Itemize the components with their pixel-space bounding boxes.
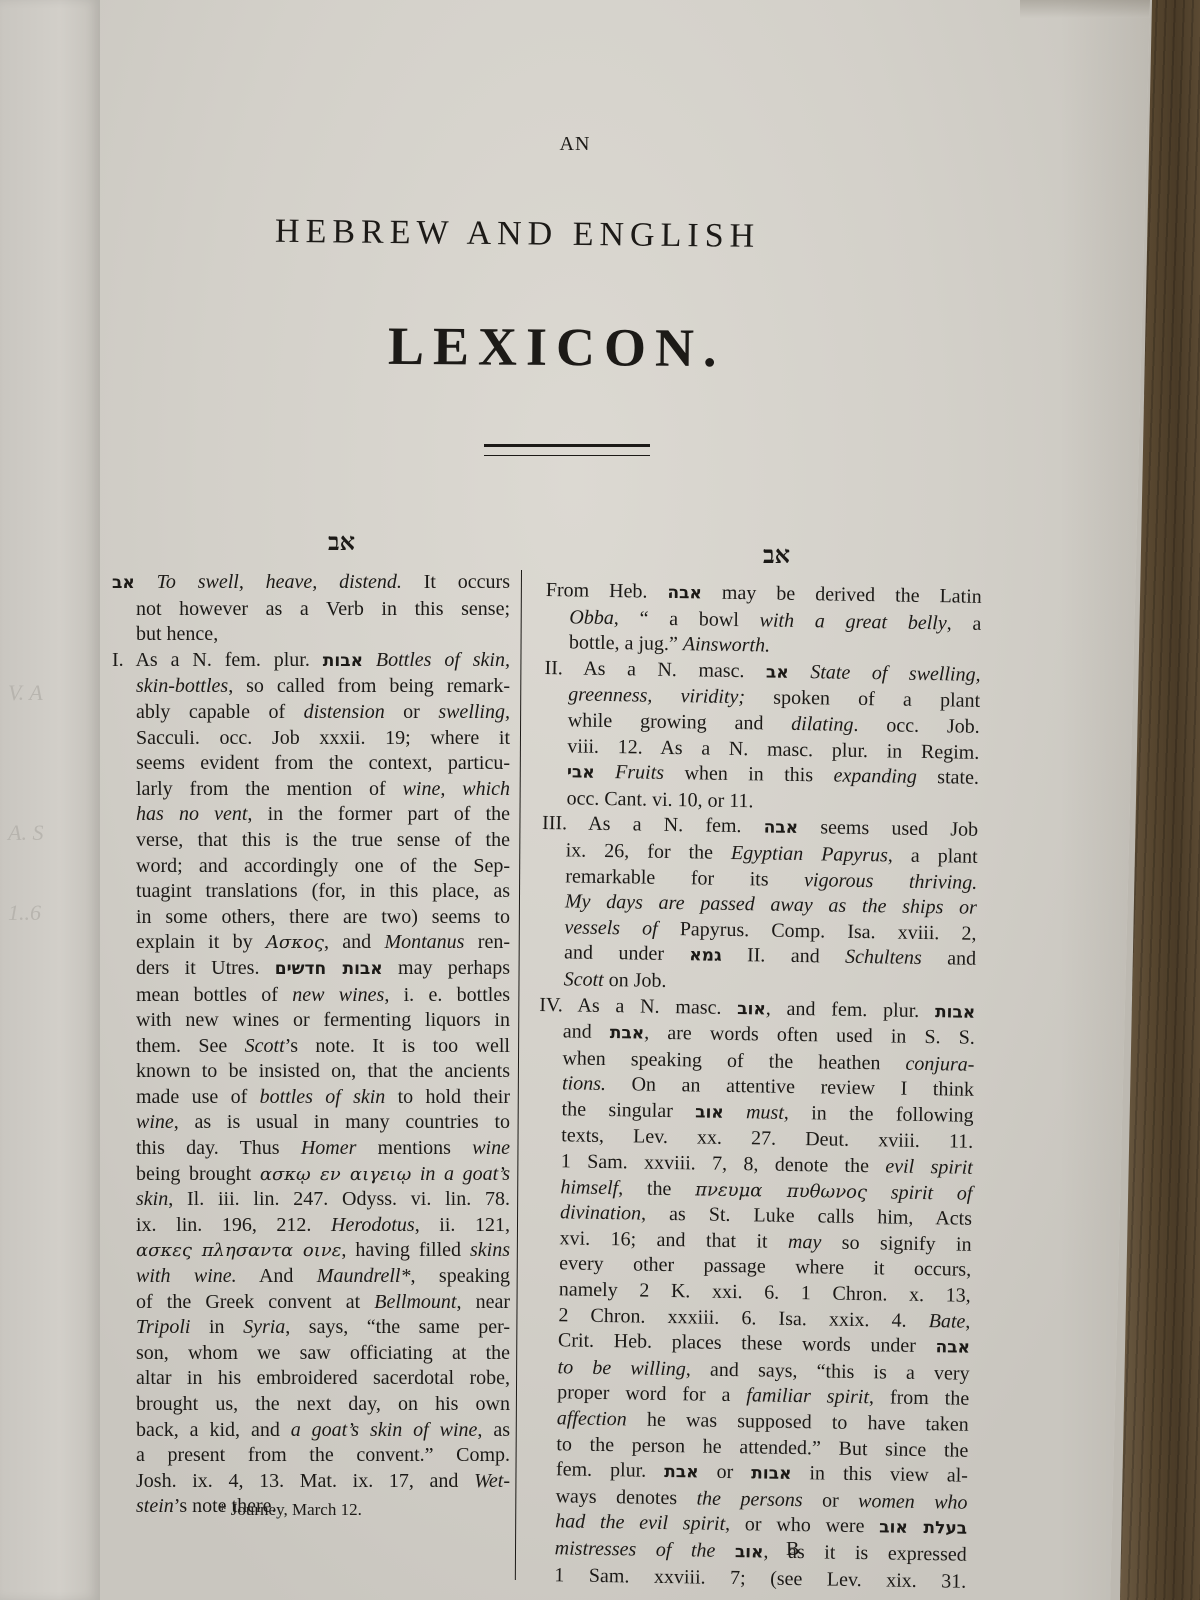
italic-text: Ainsworth. xyxy=(683,633,771,656)
roman-text: every other passage where it occurs, xyxy=(559,1253,971,1281)
hebrew-word: אבת xyxy=(610,1023,645,1044)
italic-text: with a great belly xyxy=(759,609,946,634)
roman-text: remarkable for its xyxy=(565,865,804,891)
roman-text: spoken of a plant xyxy=(745,687,980,713)
text-line: אב To swell, heave, distend. It occurs xyxy=(112,570,510,597)
roman-text: , a plant xyxy=(888,844,978,867)
roman-text: IV. As a N. masc. xyxy=(539,993,737,1018)
italic-text: Maundrell* xyxy=(317,1265,411,1287)
italic-text: Scott xyxy=(564,968,604,991)
italic-text: wine, which xyxy=(403,778,510,800)
roman-text xyxy=(363,649,376,671)
roman-text xyxy=(411,1163,420,1185)
roman-text: seems used Job xyxy=(798,816,978,841)
text-line: ders it Utres. אבות חדשים may perhaps xyxy=(112,956,510,983)
text-line: Sacculi. occ. Job xxxii. 19; where it xyxy=(112,726,510,752)
roman-text: Josh. ix. 4, 13. Mat. ix. 17, and xyxy=(136,1470,474,1492)
italic-text: had the evil spirit xyxy=(555,1511,725,1536)
italic-text: vigorous thriving. xyxy=(804,869,977,894)
greek-word: ασκες πλησαντα οινε xyxy=(136,1240,341,1261)
roman-text: , so called from being remark- xyxy=(228,675,510,697)
roman-text: seems evident from the context, particu- xyxy=(136,752,510,774)
italic-text: evil spirit xyxy=(885,1155,973,1178)
text-line: of the Greek convent at Bellmount, near xyxy=(112,1290,510,1316)
right-text-column: From Heb. אבה may be derived the LatinOb… xyxy=(530,578,982,1595)
roman-text: I. As a N. fem. plur. xyxy=(112,649,323,671)
roman-text xyxy=(715,1540,735,1562)
italic-text: skin xyxy=(136,1188,168,1210)
text-line: ix. lin. 196, 212. Herodotus, ii. 121, xyxy=(112,1213,510,1239)
roman-text: tuagint translations (for, in this place… xyxy=(136,880,510,902)
hebrew-word: אבי xyxy=(567,763,595,783)
italic-text: women who xyxy=(858,1490,968,1514)
roman-text: II. and xyxy=(721,944,845,968)
italic-text: with wine. xyxy=(136,1265,237,1287)
roman-text: or xyxy=(385,701,439,723)
italic-text: stein xyxy=(136,1495,174,1517)
italic-text: may xyxy=(788,1231,822,1254)
roman-text: fem. plur. xyxy=(556,1458,665,1482)
italic-text: new wines xyxy=(292,984,384,1006)
italic-text: Bellmount xyxy=(374,1291,456,1313)
italic-text: skin-bottles xyxy=(136,675,228,697)
roman-text: and xyxy=(922,947,977,970)
roman-text: , from the xyxy=(869,1387,970,1411)
roman-text: altar in his embroidered sacerdotal robe… xyxy=(136,1367,510,1389)
italic-text: dilating xyxy=(791,713,854,736)
roman-text: mentions xyxy=(356,1137,472,1159)
roman-text: , or who were xyxy=(725,1513,879,1537)
hebrew-word: אוב xyxy=(737,999,766,1019)
italic-text: distension xyxy=(304,701,385,723)
roman-text: brought us, the next day, on his own xyxy=(136,1393,510,1415)
roman-text: to hold their xyxy=(385,1086,510,1108)
column-divider-rule xyxy=(515,570,522,1580)
italic-text: mistresses of the xyxy=(555,1537,716,1562)
italic-text: conjura- xyxy=(905,1052,974,1075)
roman-text: 1 Sam. xxviii. 7; (see Lev. xix. 31. xyxy=(554,1564,966,1592)
hebrew-word: אבה xyxy=(764,818,799,839)
roman-text: a present from the convent.” Comp. xyxy=(136,1444,510,1466)
italic-text: familiar spirit xyxy=(746,1385,869,1409)
roman-text: explain it by xyxy=(136,931,266,953)
italic-text: expanding xyxy=(833,765,917,788)
roman-text: , and fem. plur. xyxy=(766,997,936,1022)
roman-text xyxy=(867,1181,891,1203)
text-line: with wine. And Maundrell*, speaking xyxy=(112,1264,510,1290)
show-through-text: A. S xyxy=(8,820,43,846)
roman-text: , Il. iii. lin. 247. Odyss. vi. lin. 78. xyxy=(168,1188,510,1210)
text-line: explain it by Aσκος, and Montanus ren- xyxy=(112,930,510,956)
roman-text: known to be insisted on, that the ancien… xyxy=(136,1060,510,1082)
roman-text xyxy=(135,571,157,593)
roman-text: verse, that this is the true sense of th… xyxy=(136,829,510,851)
roman-text: Sacculi. occ. Job xxxii. 19; where it xyxy=(136,727,510,749)
roman-text: viii. 12. As a N. masc. plur. in Regim. xyxy=(567,735,979,763)
roman-text: , and xyxy=(324,931,385,953)
text-line: skin, Il. iii. lin. 247. Odyss. vi. lin.… xyxy=(112,1187,510,1213)
roman-text: 2 Chron. xxxiii. 6. Isa. xxix. 4. xyxy=(558,1304,929,1332)
roman-text: , as St. Luke calls him, Acts xyxy=(641,1203,972,1230)
italic-text: Schultens xyxy=(845,946,922,969)
italic-text: Bate xyxy=(929,1310,966,1333)
show-through-text: V. A xyxy=(8,680,43,706)
text-line: Josh. ix. 4, 13. Mat. ix. 17, and Wet- xyxy=(112,1469,510,1495)
roman-text: with new wines or fermenting liquors in xyxy=(136,1009,510,1031)
roman-text: , says, “the same per- xyxy=(285,1316,510,1338)
italic-text: Homer xyxy=(301,1137,357,1159)
roman-text xyxy=(724,1101,747,1123)
signature-mark: B xyxy=(786,1538,799,1561)
roman-text: to the person he attended.” But since th… xyxy=(556,1433,968,1461)
text-line: in some others, there are two) seems to xyxy=(112,905,510,931)
roman-text: , i. e. bottles xyxy=(384,984,510,1006)
roman-text: larly from the mention of xyxy=(136,778,403,800)
roman-text: this day. Thus xyxy=(136,1137,301,1159)
hebrew-word: גמא xyxy=(689,946,722,967)
text-line: them. See Scott’s note. It is too well xyxy=(112,1034,510,1060)
roman-text: ’s note. It is too well xyxy=(285,1035,510,1057)
roman-text: while growing and xyxy=(568,709,792,735)
text-line: ably capable of distension or swelling, xyxy=(112,700,510,726)
text-line: mean bottles of new wines, i. e. bottles xyxy=(112,983,510,1009)
hebrew-word: אבות xyxy=(935,1002,976,1023)
right-column-running-head: אב xyxy=(763,540,790,570)
roman-text: of the Greek convent at xyxy=(136,1291,374,1313)
italic-text: the persons xyxy=(696,1487,802,1511)
italic-text: My days are passed away as the ships or xyxy=(565,890,977,918)
text-line: son, whom we saw officiating at the xyxy=(112,1341,510,1367)
roman-text: in xyxy=(190,1316,243,1338)
roman-text: and xyxy=(563,1020,610,1043)
roman-text: state. xyxy=(917,766,979,789)
italic-text: swelling, xyxy=(438,701,510,723)
greek-word: ασκῳ εν αιγειῳ xyxy=(260,1164,411,1185)
text-line: seems evident from the context, particu- xyxy=(112,751,510,777)
greek-word: πνευμα πυθωνος xyxy=(695,1179,867,1203)
italic-text: spirit of xyxy=(891,1181,973,1204)
roman-text: the singular xyxy=(561,1098,695,1122)
italic-text: skins xyxy=(470,1239,510,1261)
roman-text: , xyxy=(965,1310,970,1332)
italic-text: Wet- xyxy=(474,1470,510,1492)
text-line: I. As a N. fem. plur. אבות Bottles of sk… xyxy=(112,648,510,675)
italic-text: vessels of xyxy=(564,916,658,939)
text-line: larly from the mention of wine, which xyxy=(112,777,510,803)
roman-text: , are words often used in S. S. xyxy=(644,1022,975,1049)
roman-text: . occ. Job. xyxy=(853,714,980,738)
roman-text: proper word for a xyxy=(557,1382,747,1407)
roman-text: Papyrus. Comp. Isa. xviii. 2, xyxy=(658,918,977,945)
hebrew-word: אוב xyxy=(735,1542,764,1562)
roman-text: Crit. Heb. places these words under xyxy=(558,1330,936,1358)
italic-text: to be willing xyxy=(557,1356,686,1380)
text-line: being brought ασκῳ εν αιγειῳ in a goat’s xyxy=(112,1162,510,1188)
roman-text: texts, Lev. xx. 27. Deut. xviii. 11. xyxy=(561,1125,973,1153)
italic-text: Bottles of skin, xyxy=(376,649,510,671)
italic-text: a goat’s skin of wine xyxy=(291,1419,478,1441)
italic-text: affection xyxy=(557,1407,627,1430)
roman-text: , ii. 121, xyxy=(415,1214,510,1236)
roman-text: xvi. 16; and that it xyxy=(559,1227,788,1253)
italic-text: Herodotus xyxy=(331,1214,415,1236)
footnote: * Journey, March 12. xyxy=(218,1500,362,1520)
italic-text: Egyptian Papyrus xyxy=(731,842,888,866)
roman-text: ix. lin. 196, 212. xyxy=(136,1214,331,1236)
text-line: Tripoli in Syria, says, “the same per- xyxy=(112,1315,510,1341)
roman-text: , “ a bowl xyxy=(614,607,760,631)
hebrew-word: אבות xyxy=(323,651,363,671)
text-line: known to be insisted on, that the ancien… xyxy=(112,1059,510,1085)
roman-text: , the xyxy=(618,1177,695,1200)
italic-text: has no vent xyxy=(136,803,247,825)
italic-text: must xyxy=(746,1101,784,1124)
roman-text: , in the following xyxy=(784,1102,974,1127)
roman-text: so signify in xyxy=(821,1231,972,1255)
roman-text: , a xyxy=(947,612,982,635)
roman-text: them. See xyxy=(136,1035,245,1057)
text-line: with new wines or fermenting liquors in xyxy=(112,1008,510,1034)
text-line: back, a kid, and a goat’s skin of wine, … xyxy=(112,1418,510,1444)
text-line: not however as a Verb in this sense; xyxy=(112,597,510,623)
hebrew-word: אבות חדשים xyxy=(275,959,383,979)
hebrew-word: אב xyxy=(112,573,135,593)
italic-text: Tripoli xyxy=(136,1316,190,1338)
text-line: verse, that this is the true sense of th… xyxy=(112,828,510,854)
italic-text: wine xyxy=(136,1111,174,1133)
left-column-running-head: אב xyxy=(328,527,355,557)
roman-text: he was supposed to have taken xyxy=(627,1408,969,1435)
italic-text: greenness, viridity; xyxy=(568,684,745,709)
roman-text: ix. 26, for the xyxy=(566,839,732,864)
text-line: brought us, the next day, on his own xyxy=(112,1392,510,1418)
roman-text: , in the former part of the xyxy=(247,803,510,825)
text-line: wine, as is usual in many countries to xyxy=(112,1110,510,1136)
italic-text: Obba xyxy=(569,606,614,629)
roman-text: ren- xyxy=(464,931,510,953)
roman-text: namely 2 K. xxi. 6. 1 Chron. x. 13, xyxy=(559,1278,971,1306)
title-article: AN xyxy=(100,133,1050,156)
roman-text: and under xyxy=(564,942,690,966)
roman-text: back, a kid, and xyxy=(136,1419,291,1441)
italic-text: Syria xyxy=(243,1316,285,1338)
roman-text: may perhaps xyxy=(383,957,510,979)
italic-text: Scott xyxy=(245,1035,285,1057)
text-line: word; and accordingly one of the Sep- xyxy=(112,854,510,880)
roman-text: On an attentive review I think xyxy=(606,1073,974,1101)
hebrew-word: אב xyxy=(766,662,789,682)
roman-text: III. As a N. fem. xyxy=(542,812,764,837)
text-line: made use of bottles of skin to hold thei… xyxy=(112,1085,510,1111)
hebrew-word: אבה xyxy=(935,1337,970,1358)
left-text-column: אב To swell, heave, distend. It occursno… xyxy=(112,570,510,1520)
roman-text xyxy=(595,761,616,783)
hebrew-word: אבה xyxy=(667,583,702,604)
roman-text: 1 Sam. xxviii. 7, 8, denote the xyxy=(561,1150,886,1177)
roman-text: , having filled xyxy=(341,1239,470,1261)
roman-text: occ. Cant. vi. 10, or 11. xyxy=(566,787,753,812)
italic-text: Fruits xyxy=(615,761,664,784)
roman-text: ders it Utres. xyxy=(136,957,275,979)
roman-text: bottle, a jug.” xyxy=(569,632,683,656)
book-page: AN HEBREW AND ENGLISH LEXICON. אב אב אב … xyxy=(100,0,1150,1600)
roman-text: , as is usual in many countries to xyxy=(174,1111,510,1133)
roman-text: ably capable of xyxy=(136,701,304,723)
roman-text: being brought xyxy=(136,1163,260,1185)
roman-text: II. As a N. masc. xyxy=(544,657,766,682)
italic-text: himself xyxy=(560,1176,618,1199)
text-line: ασκες πλησαντα οινε, having filled skins xyxy=(112,1238,510,1264)
roman-text: , as xyxy=(477,1419,510,1441)
roman-text: may be derived the Latin xyxy=(702,581,982,607)
roman-text: , near xyxy=(456,1291,510,1313)
roman-text: on Job. xyxy=(604,969,667,992)
title-double-rule xyxy=(484,444,650,456)
roman-text: , speaking xyxy=(411,1265,511,1287)
hebrew-word: בעלת אוב xyxy=(879,1518,967,1539)
roman-text: From Heb. xyxy=(546,579,668,603)
roman-text: but hence, xyxy=(136,623,218,645)
text-line: tuagint translations (for, in this place… xyxy=(112,879,510,905)
text-line: skin-bottles, so called from being remar… xyxy=(112,674,510,700)
roman-text: And xyxy=(237,1265,317,1287)
text-line: has no vent, in the former part of the xyxy=(112,802,510,828)
hebrew-word: אבות xyxy=(751,1464,792,1485)
roman-text: not however as a Verb in this sense; xyxy=(136,598,510,620)
italic-text: in a goat’s xyxy=(420,1163,510,1185)
roman-text: mean bottles of xyxy=(136,984,292,1006)
italic-text: To swell, heave, distend. xyxy=(157,571,402,593)
show-through-text: 1..6 xyxy=(8,900,41,926)
page-top-shadow xyxy=(1020,0,1160,18)
roman-text: made use of xyxy=(136,1086,260,1108)
page-title: LEXICON. xyxy=(388,315,726,379)
text-line: altar in his embroidered sacerdotal robe… xyxy=(112,1366,510,1392)
italic-text: wine xyxy=(472,1137,510,1159)
italic-text: bottles of skin xyxy=(260,1086,386,1108)
text-line: this day. Thus Homer mentions wine xyxy=(112,1136,510,1162)
roman-text: in this view al- xyxy=(791,1462,968,1487)
roman-text: when in this xyxy=(664,762,834,787)
roman-text: word; and accordingly one of the Sep- xyxy=(136,855,510,877)
hebrew-word: אבת xyxy=(664,1462,699,1483)
greek-word: Aσκος xyxy=(266,932,324,953)
text-line: but hence, xyxy=(112,622,510,648)
roman-text: , and says, “this is a very xyxy=(686,1358,970,1384)
italic-text: divination xyxy=(560,1202,641,1225)
roman-text: or xyxy=(802,1489,858,1512)
text-line: a present from the convent.” Comp. xyxy=(112,1443,510,1469)
title-subtitle: HEBREW AND ENGLISH xyxy=(275,213,895,257)
roman-text: or xyxy=(698,1461,751,1484)
roman-text: son, whom we saw officiating at the xyxy=(136,1342,510,1364)
facing-page-edge: V. A A. S 1..6 xyxy=(0,0,100,1600)
roman-text: when speaking of the heathen xyxy=(562,1047,905,1074)
roman-text: It occurs xyxy=(402,571,510,593)
roman-text: ways denotes xyxy=(555,1485,696,1509)
italic-text: Montanus xyxy=(384,931,464,953)
hebrew-word: אוב xyxy=(695,1102,724,1122)
roman-text xyxy=(789,661,811,683)
italic-text: tions. xyxy=(562,1073,606,1096)
roman-text: in some others, there are two) seems to xyxy=(136,906,510,928)
italic-text: State of swelling, xyxy=(810,661,981,686)
